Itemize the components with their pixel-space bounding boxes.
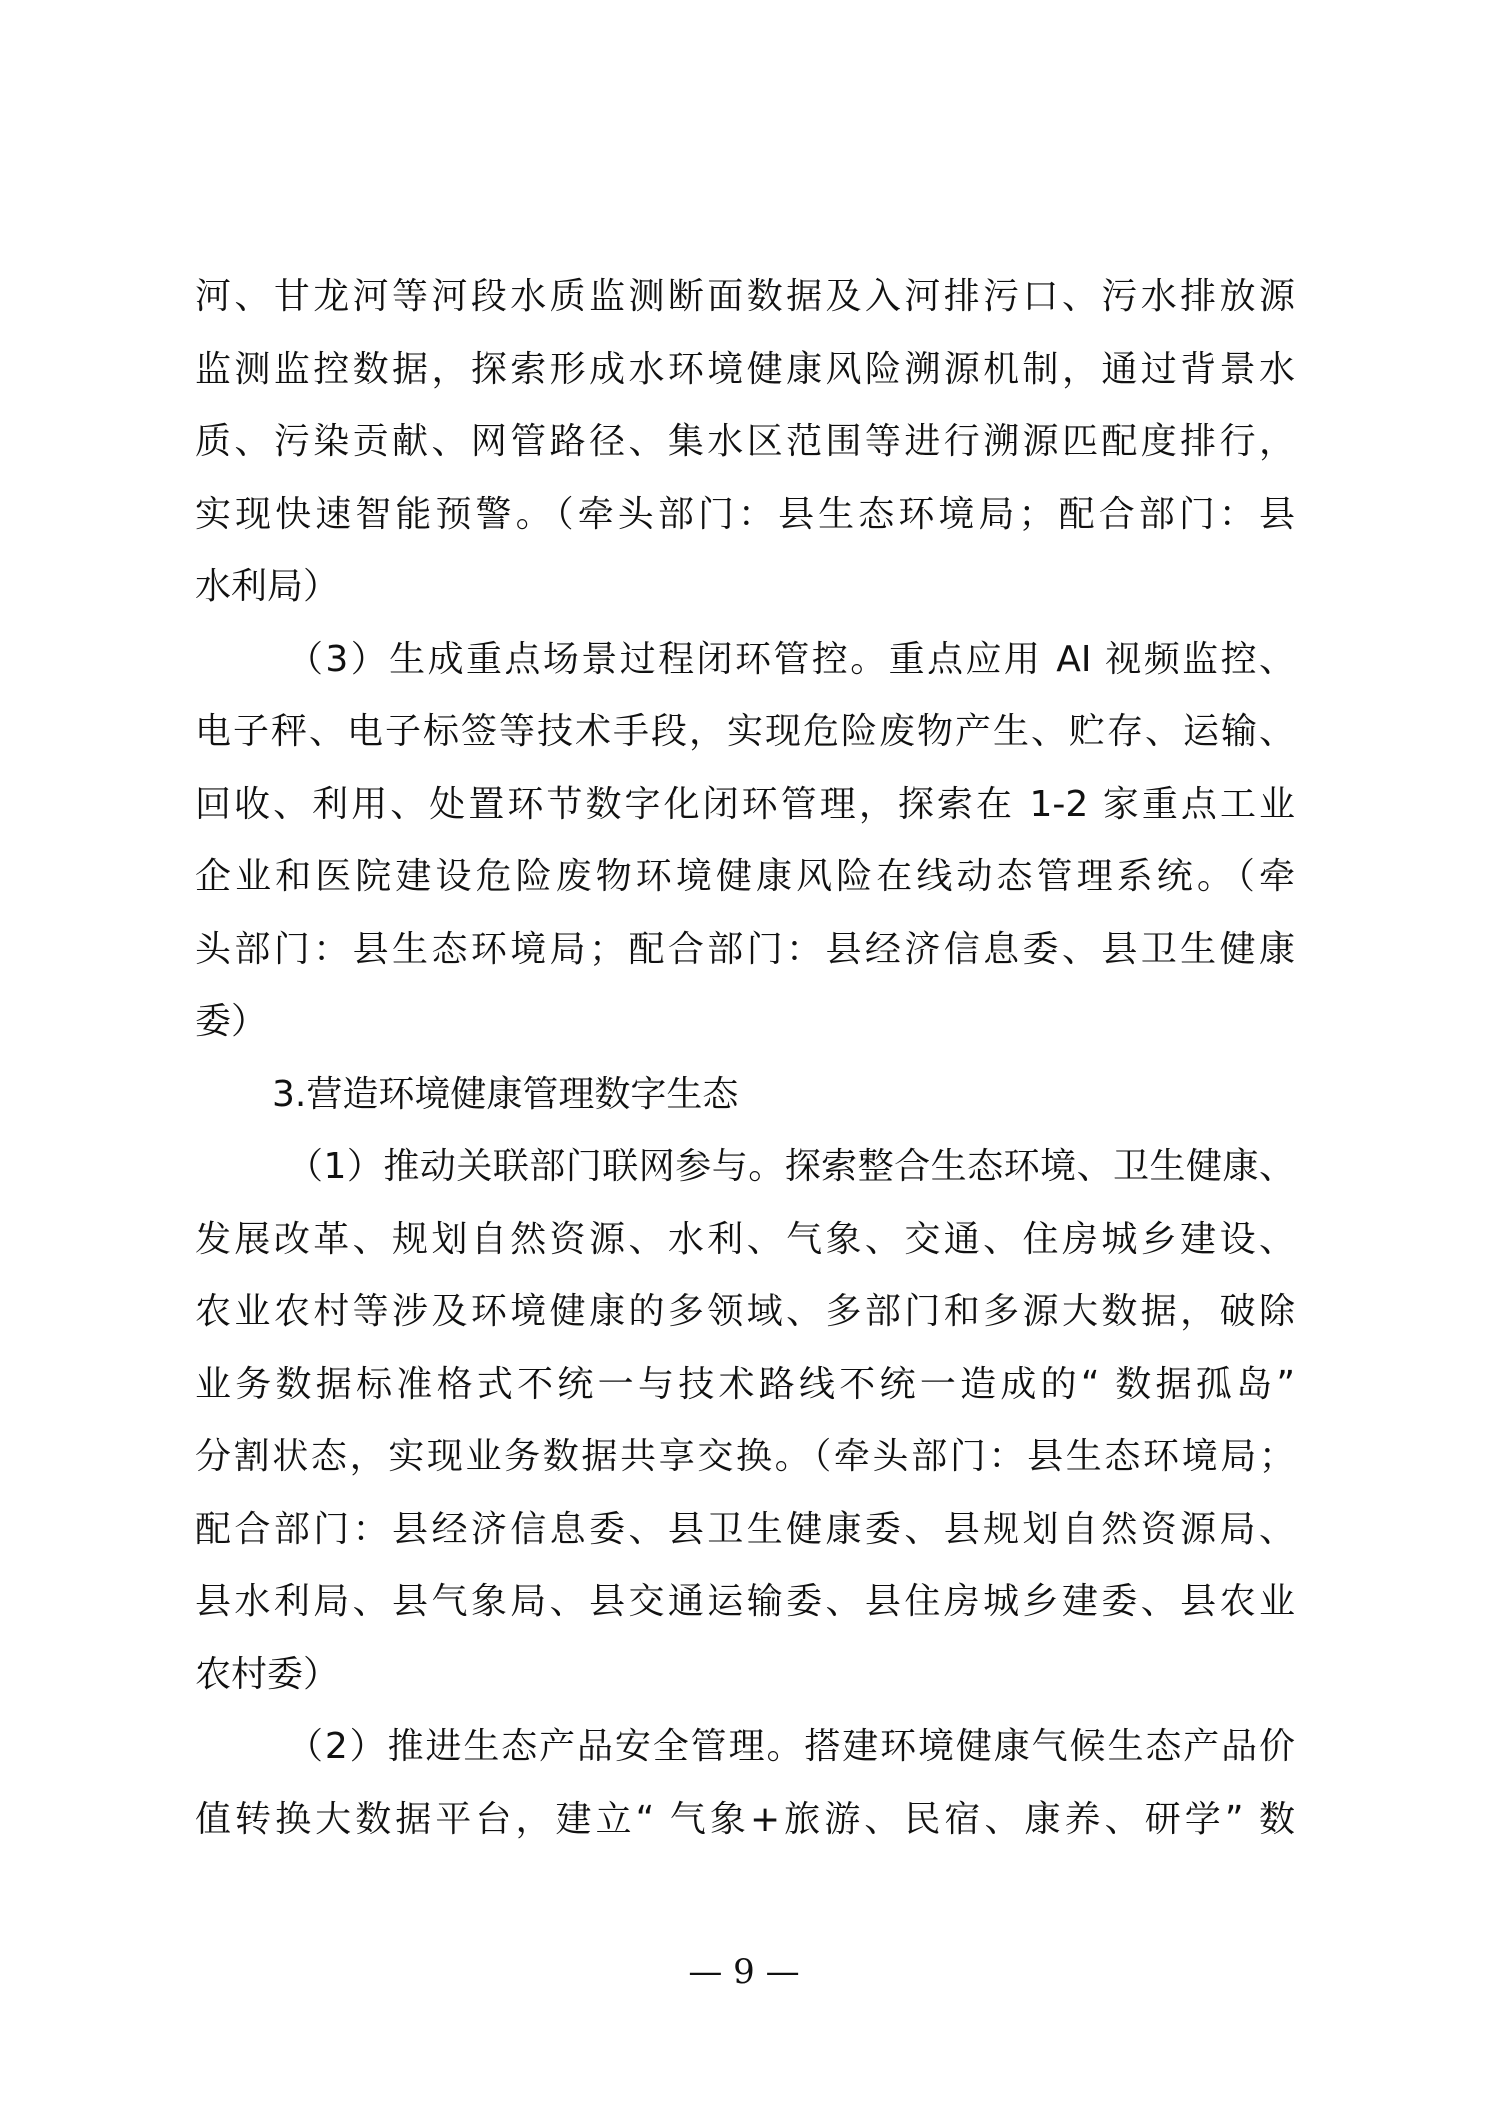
paragraph-line: 电子秤、电子标签等技术手段，实现危险废物产生、贮存、运输、: [195, 707, 1295, 757]
document-page: 河、甘龙河等河段水质监测断面数据及入河排污口、污水排放源 监测监控数据，探索形成…: [0, 0, 1488, 2105]
paragraph-line: 委）: [195, 997, 1295, 1047]
paragraph-first-line: （3）生成重点场景过程闭环管控。重点应用 AI 视频监控、: [287, 635, 1295, 685]
paragraph-line: 监测监控数据，探索形成水环境健康风险溯源机制，通过背景水: [195, 345, 1295, 395]
paragraph-line: 值转换大数据平台，建立“ 气象+旅游、民宿、康养、研学” 数: [195, 1795, 1295, 1845]
paragraph-line: 农业农村等涉及环境健康的多领域、多部门和多源大数据，破除: [195, 1287, 1295, 1337]
paragraph-first-line: （2）推进生态产品安全管理。搭建环境健康气候生态产品价: [287, 1722, 1295, 1772]
paragraph-line: 河、甘龙河等河段水质监测断面数据及入河排污口、污水排放源: [195, 272, 1295, 322]
paragraph-first-line: （1）推动关联部门联网参与。探索整合生态环境、卫生健康、: [287, 1142, 1295, 1192]
paragraph-line: 配合部门：县经济信息委、县卫生健康委、县规划自然资源局、: [195, 1505, 1295, 1555]
page-number: — 9 —: [0, 1950, 1488, 1994]
paragraph-line: 农村委）: [195, 1650, 1295, 1700]
paragraph-line: 县水利局、县气象局、县交通运输委、县住房城乡建委、县农业: [195, 1577, 1295, 1627]
paragraph-line: 水利局）: [195, 562, 1295, 612]
paragraph-line: 发展改革、规划自然资源、水利、气象、交通、住房城乡建设、: [195, 1215, 1295, 1265]
section-heading: 3.营造环境健康管理数字生态: [272, 1070, 738, 1120]
paragraph-line: 回收、利用、处置环节数字化闭环管理，探索在 1-2 家重点工业: [195, 780, 1295, 830]
paragraph-line: 企业和医院建设危险废物环境健康风险在线动态管理系统。（牵: [195, 852, 1295, 902]
paragraph-line: 业务数据标准格式不统一与技术路线不统一造成的“ 数据孤岛”: [195, 1360, 1295, 1410]
paragraph-line: 质、污染贡献、网管路径、集水区范围等进行溯源匹配度排行，: [195, 417, 1295, 467]
paragraph-line: 分割状态，实现业务数据共享交换。（牵头部门：县生态环境局；: [195, 1432, 1295, 1482]
paragraph-line: 实现快速智能预警。（牵头部门：县生态环境局；配合部门：县: [195, 490, 1295, 540]
paragraph-line: 头部门：县生态环境局；配合部门：县经济信息委、县卫生健康: [195, 925, 1295, 975]
